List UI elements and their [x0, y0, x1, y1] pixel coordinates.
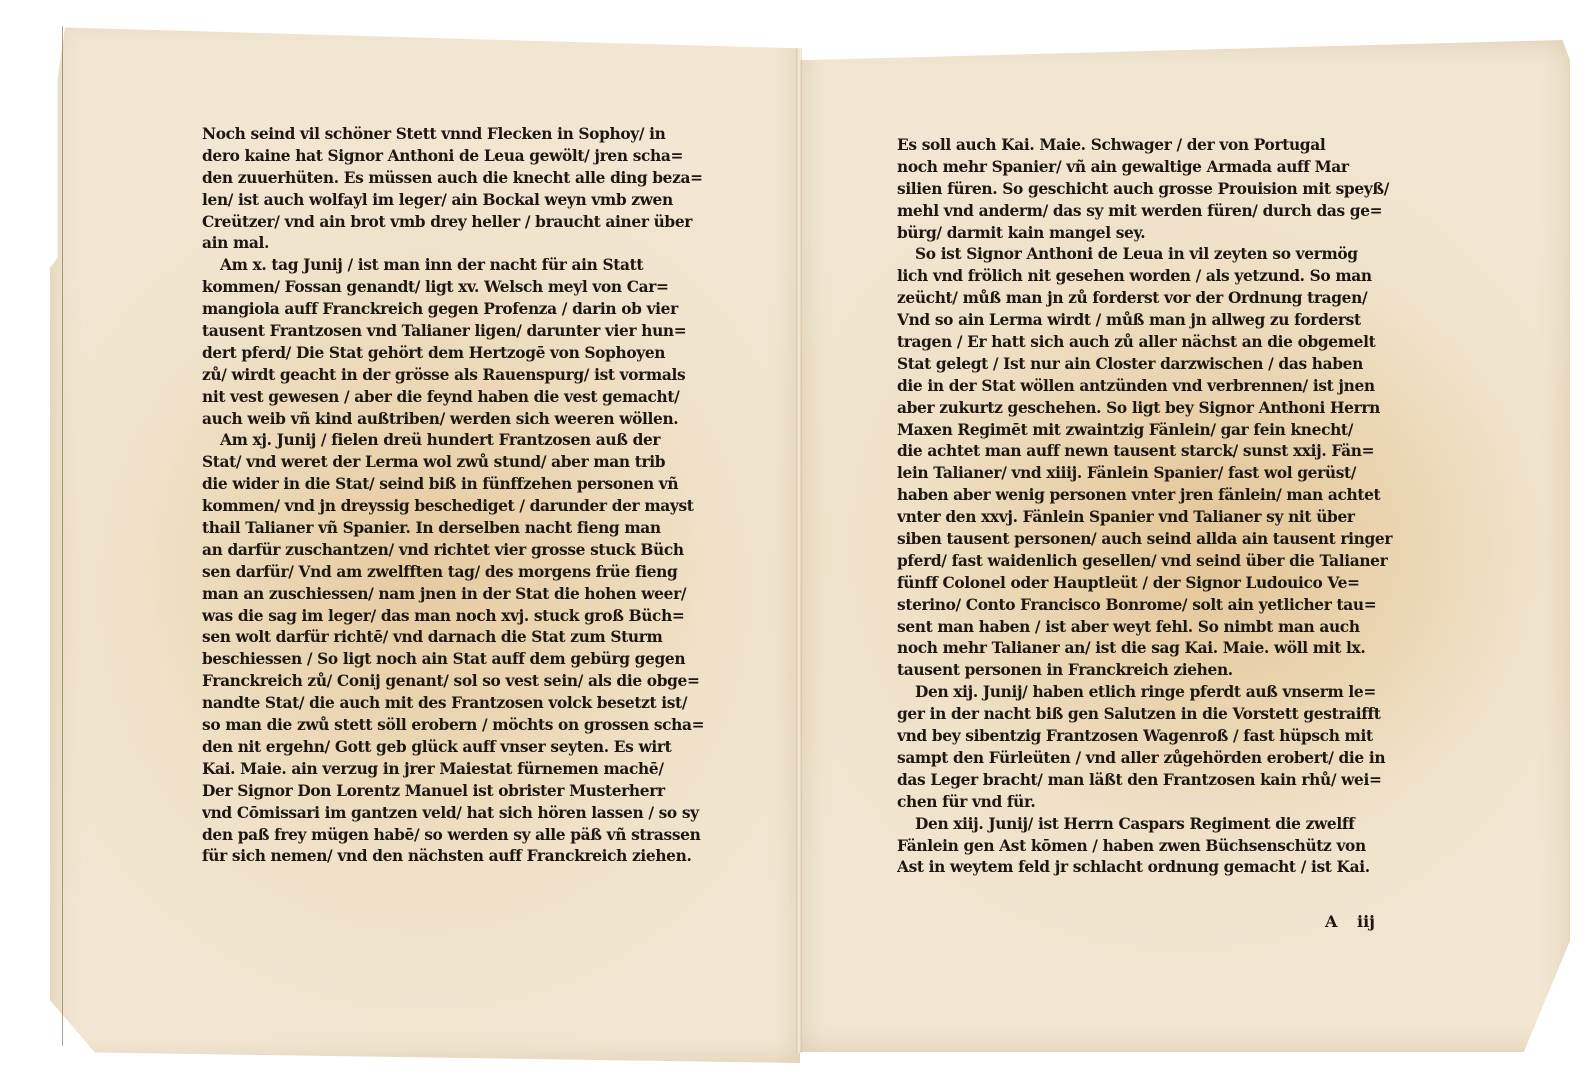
text-line: den zuuerhüten. Es müssen auch die knech…: [202, 168, 717, 190]
text-line: sent man haben / ist aber weyt fehl. So …: [897, 617, 1422, 639]
text-line: vnd bey sibentzig Frantzosen Wagenroß / …: [897, 726, 1422, 748]
text-line: mangiola auff Franckreich gegen Profenza…: [202, 299, 717, 321]
text-line: ain mal.: [202, 233, 717, 255]
text-line: So ist Signor Anthoni de Leua in vil zey…: [897, 244, 1422, 266]
text-line: ger in der nacht biß gen Salutzen in die…: [897, 704, 1422, 726]
text-line: nit vest gewesen / aber die feynd haben …: [202, 387, 717, 409]
text-line: Den xij. Junij/ haben etlich ringe pferd…: [897, 682, 1422, 704]
text-line: bürg/ darmit kain mangel sey.: [897, 223, 1422, 245]
text-line: Kai. Maie. ain verzug in jrer Maiestat f…: [202, 759, 717, 781]
page-edge-line: [62, 26, 63, 1046]
text-line: thail Talianer vñ Spanier. In derselben …: [202, 518, 717, 540]
text-line: Am x. tag Junij / ist man inn der nacht …: [202, 255, 717, 277]
text-line: vnd Cōmissari im gantzen veld/ hat sich …: [202, 803, 717, 825]
text-line: haben aber wenig personen vnter jren fän…: [897, 485, 1422, 507]
text-line: Den xiij. Junij/ ist Herrn Caspars Regim…: [897, 814, 1422, 836]
text-line: das Leger bracht/ man läßt den Frantzose…: [897, 770, 1422, 792]
text-line: Maxen Regimēt mit zwaintzig Fänlein/ gar…: [897, 420, 1422, 442]
text-line: sen darfür/ Vnd am zwelfften tag/ des mo…: [202, 562, 717, 584]
text-line: Noch seind vil schöner Stett vnnd Flecke…: [202, 124, 717, 146]
signature-mark: A iij: [1325, 912, 1375, 931]
text-line: aber zukurtz geschehen. So ligt bey Sign…: [897, 398, 1422, 420]
text-line: kommen/ vnd jn dreyssig beschediget / da…: [202, 496, 717, 518]
text-line: Ast in weytem feld jr schlacht ordnung g…: [897, 857, 1422, 879]
left-page-text: Noch seind vil schöner Stett vnnd Flecke…: [202, 124, 717, 868]
text-line: pferd/ fast waidenlich gesellen/ vnd sei…: [897, 551, 1422, 573]
text-line: kommen/ Fossan genandt/ ligt xv. Welsch …: [202, 277, 717, 299]
text-line: Vnd so ain Lerma wirdt / můß man jn allw…: [897, 310, 1422, 332]
text-line: Fänlein gen Ast kōmen / haben zwen Büchs…: [897, 836, 1422, 858]
text-line: beschiessen / So ligt noch ain Stat auff…: [202, 649, 717, 671]
text-line: auch weib vñ kind außtriben/ werden sich…: [202, 409, 717, 431]
book-spread: Noch seind vil schöner Stett vnnd Flecke…: [0, 0, 1592, 1077]
text-line: den nit ergehn/ Gott geb glück auff vnse…: [202, 737, 717, 759]
text-line: die in der Stat wöllen antzünden vnd ver…: [897, 376, 1422, 398]
text-line: tausent Frantzosen vnd Talianer ligen/ d…: [202, 321, 717, 343]
text-line: was die sag im leger/ das man noch xvj. …: [202, 606, 717, 628]
text-line: tragen / Er hatt sich auch zů aller näch…: [897, 332, 1422, 354]
text-line: Creützer/ vnd ain brot vmb drey heller /…: [202, 212, 717, 234]
text-line: lein Talianer/ vnd xiiij. Fänlein Spanie…: [897, 463, 1422, 485]
text-line: mehl vnd anderm/ das sy mit werden füren…: [897, 201, 1422, 223]
text-line: len/ ist auch wolfayl im leger/ ain Bock…: [202, 190, 717, 212]
gutter-fold: [796, 48, 802, 1053]
text-line: Franckreich zů/ Conij genant/ sol so ves…: [202, 671, 717, 693]
text-line: für sich nemen/ vnd den nächsten auff Fr…: [202, 846, 717, 868]
text-line: fünff Colonel oder Hauptleüt / der Signo…: [897, 573, 1422, 595]
text-line: noch mehr Talianer an/ ist die sag Kai. …: [897, 638, 1422, 660]
text-line: Stat/ vnd weret der Lerma wol zwů stund/…: [202, 452, 717, 474]
text-line: so man die zwů stett söll erobern / möch…: [202, 715, 717, 737]
text-line: Der Signor Don Lorentz Manuel ist obrist…: [202, 781, 717, 803]
text-line: die achtet man auff newn tausent starck/…: [897, 441, 1422, 463]
text-line: sterino/ Conto Francisco Bonrome/ solt a…: [897, 595, 1422, 617]
text-line: den paß frey mügen habē/ so werden sy al…: [202, 825, 717, 847]
text-line: Es soll auch Kai. Maie. Schwager / der v…: [897, 135, 1422, 157]
text-line: lich vnd frölich nit gesehen worden / al…: [897, 266, 1422, 288]
right-page-text: Es soll auch Kai. Maie. Schwager / der v…: [897, 135, 1422, 879]
text-line: an darfür zuschantzen/ vnd richtet vier …: [202, 540, 717, 562]
text-line: die wider in die Stat/ seind biß in fünf…: [202, 474, 717, 496]
text-line: nandte Stat/ die auch mit des Frantzosen…: [202, 693, 717, 715]
text-line: vnter den xxvj. Fänlein Spanier vnd Tali…: [897, 507, 1422, 529]
text-line: sen wolt darfür richtē/ vnd darnach die …: [202, 627, 717, 649]
text-line: Stat gelegt / Ist nur ain Closter darzwi…: [897, 354, 1422, 376]
text-line: silien füren. So geschicht auch grosse P…: [897, 179, 1422, 201]
text-line: Am xj. Junij / fielen dreü hundert Frant…: [202, 430, 717, 452]
text-line: zeücht/ můß man jn zů forderst vor der O…: [897, 288, 1422, 310]
text-line: sampt den Fürleüten / vnd aller zůgehörd…: [897, 748, 1422, 770]
text-line: chen für vnd für.: [897, 792, 1422, 814]
text-line: siben tausent personen/ auch seind allda…: [897, 529, 1422, 551]
text-line: tausent personen in Franckreich ziehen.: [897, 660, 1422, 682]
text-line: dero kaine hat Signor Anthoni de Leua ge…: [202, 146, 717, 168]
text-line: dert pferd/ Die Stat gehört dem Hertzogē…: [202, 343, 717, 365]
text-line: man an zuschiessen/ nam jnen in der Stat…: [202, 584, 717, 606]
text-line: noch mehr Spanier/ vñ ain gewaltige Arma…: [897, 157, 1422, 179]
text-line: zů/ wirdt geacht in der grösse als Rauen…: [202, 365, 717, 387]
